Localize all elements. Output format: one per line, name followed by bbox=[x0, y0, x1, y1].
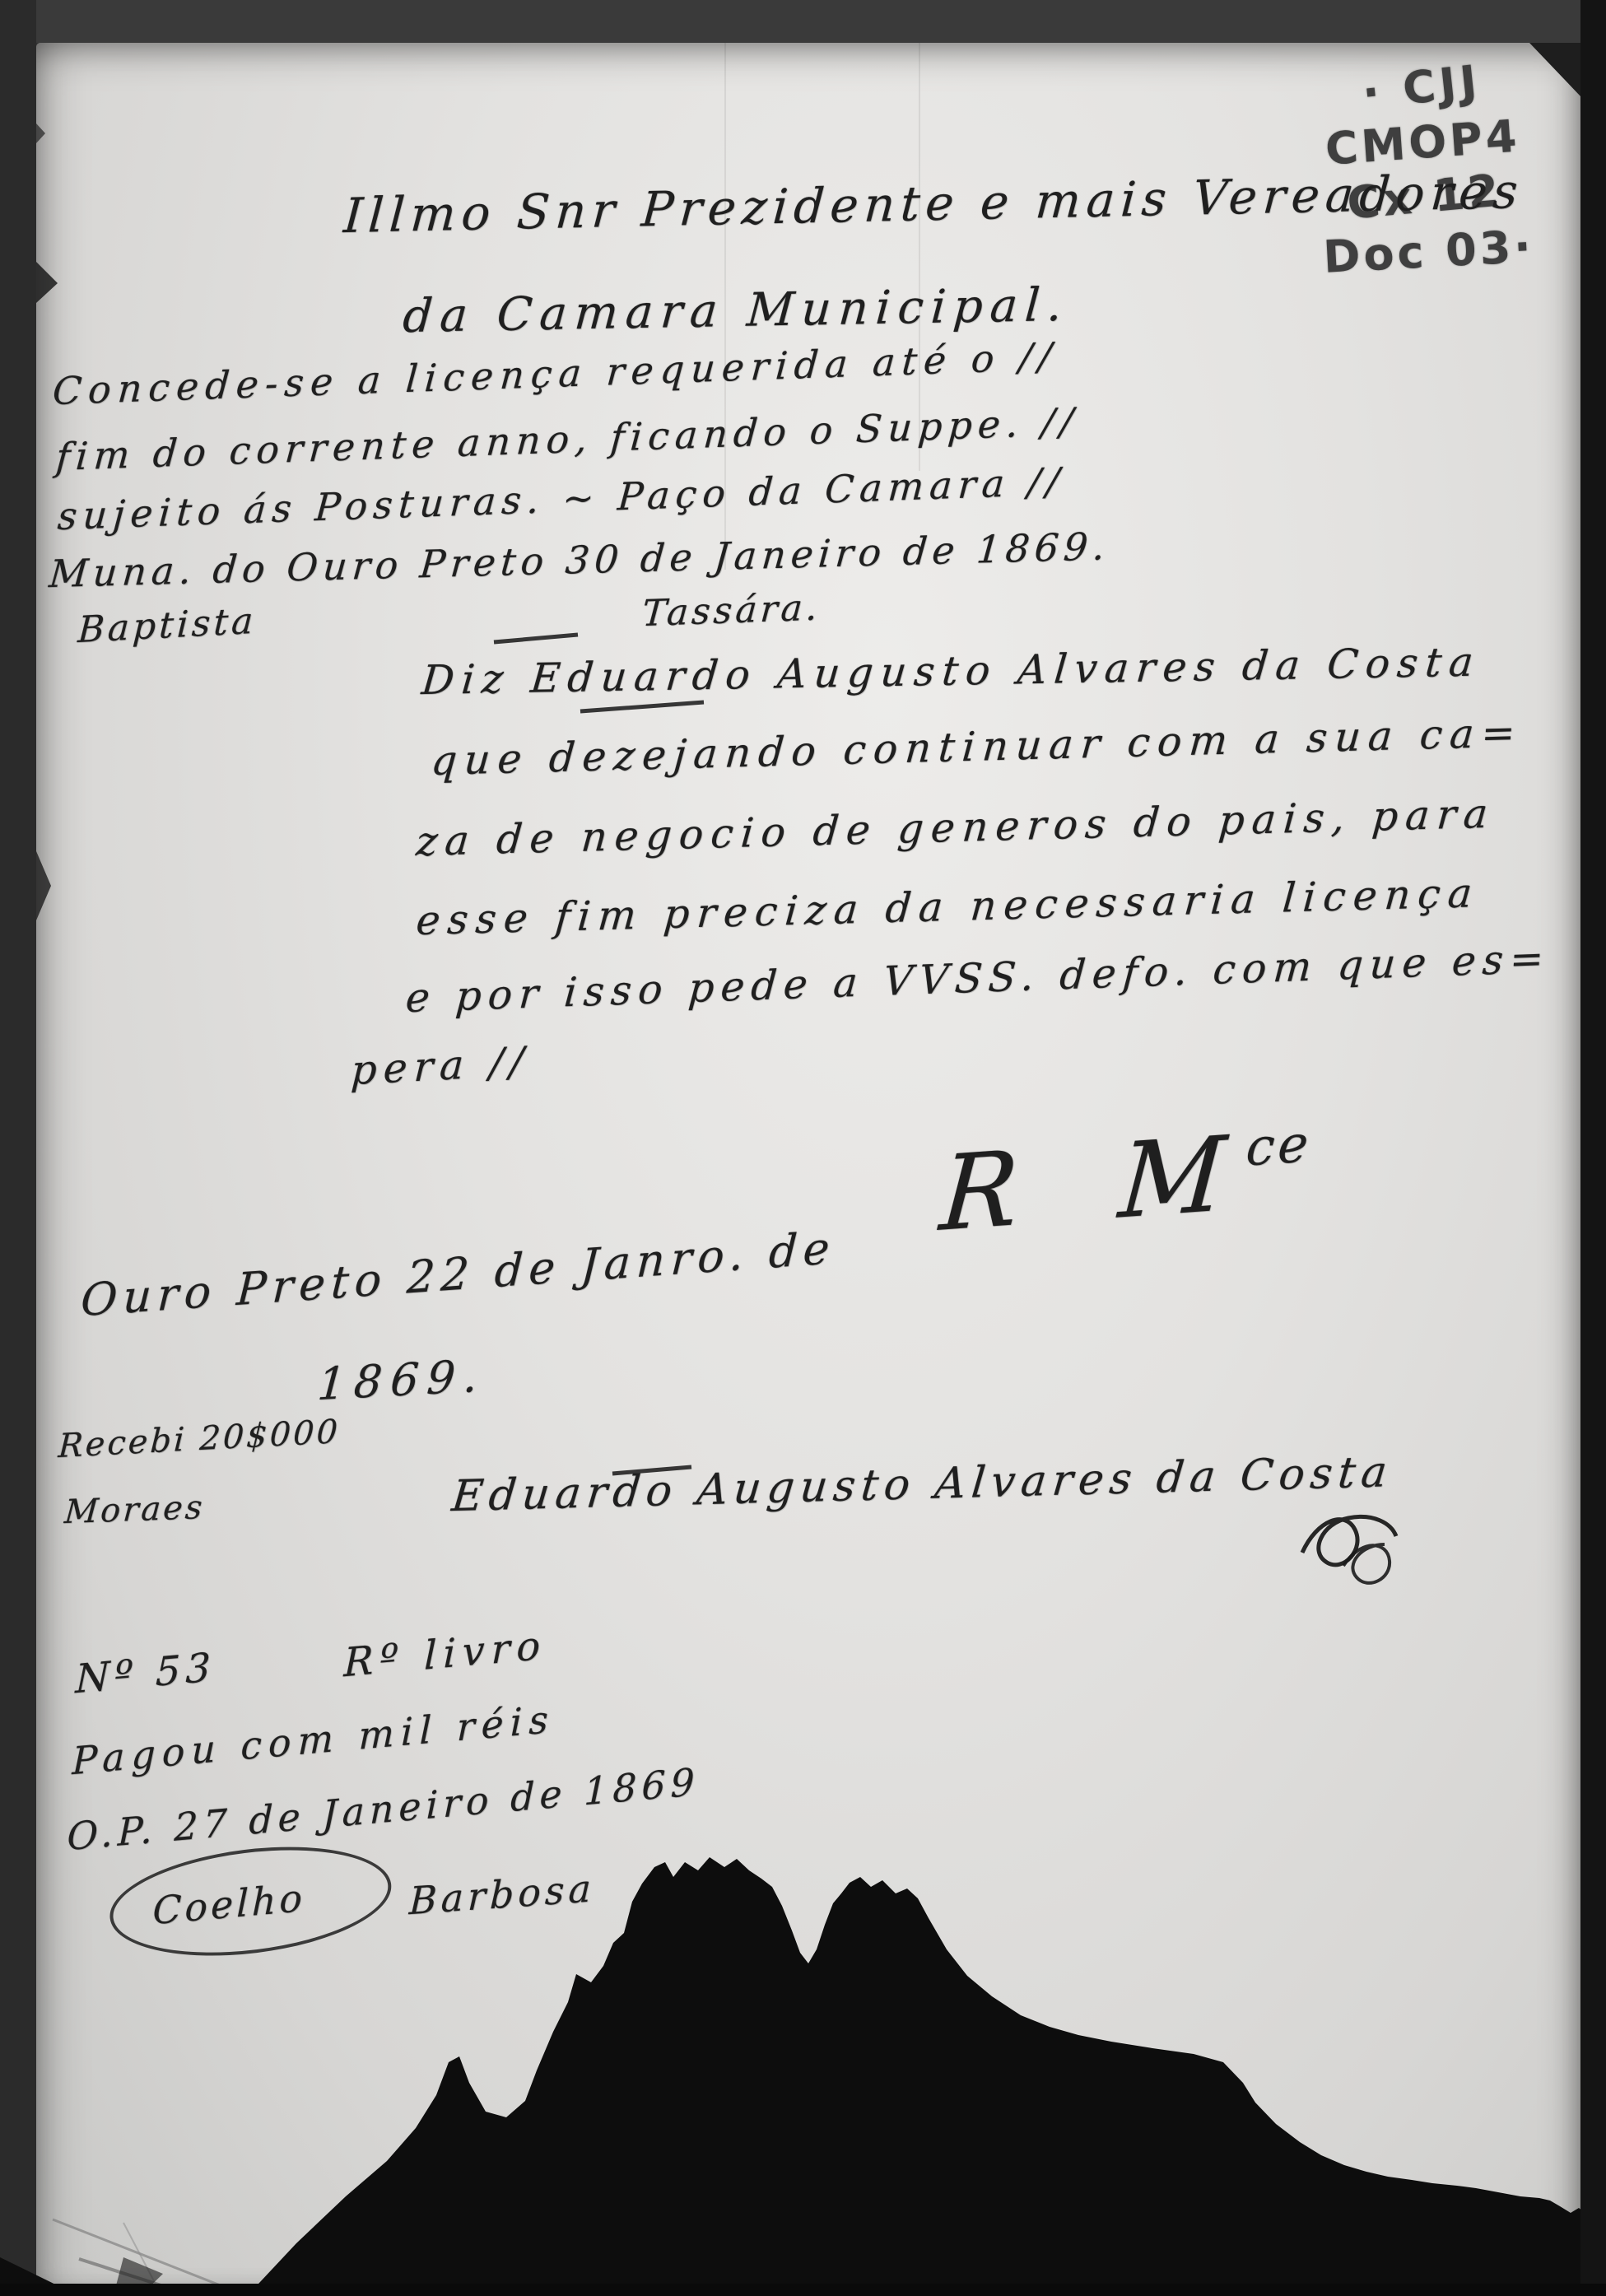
scanner-background-right bbox=[1580, 0, 1606, 2296]
scanner-background-top bbox=[0, 0, 1606, 43]
archive-mark-doc-number: Doc 03· bbox=[1322, 221, 1535, 283]
date-line-2: 1869. bbox=[316, 1349, 488, 1410]
erm-superscript: ce bbox=[1244, 1113, 1313, 1178]
receipt-line-2: Moraes bbox=[63, 1488, 206, 1531]
dispatch-signature-tassara: Tassára. bbox=[640, 586, 822, 635]
scanned-document-page: · CJJ CMOP4 Cx 12 Doc 03· Illmo Snr Prez… bbox=[0, 0, 1606, 2296]
scanner-background-bottom bbox=[0, 2284, 1606, 2296]
erm-main-letters: R M bbox=[937, 1112, 1264, 1255]
scanner-background-left bbox=[0, 0, 36, 2296]
petition-line-6: pera // bbox=[350, 1038, 531, 1095]
